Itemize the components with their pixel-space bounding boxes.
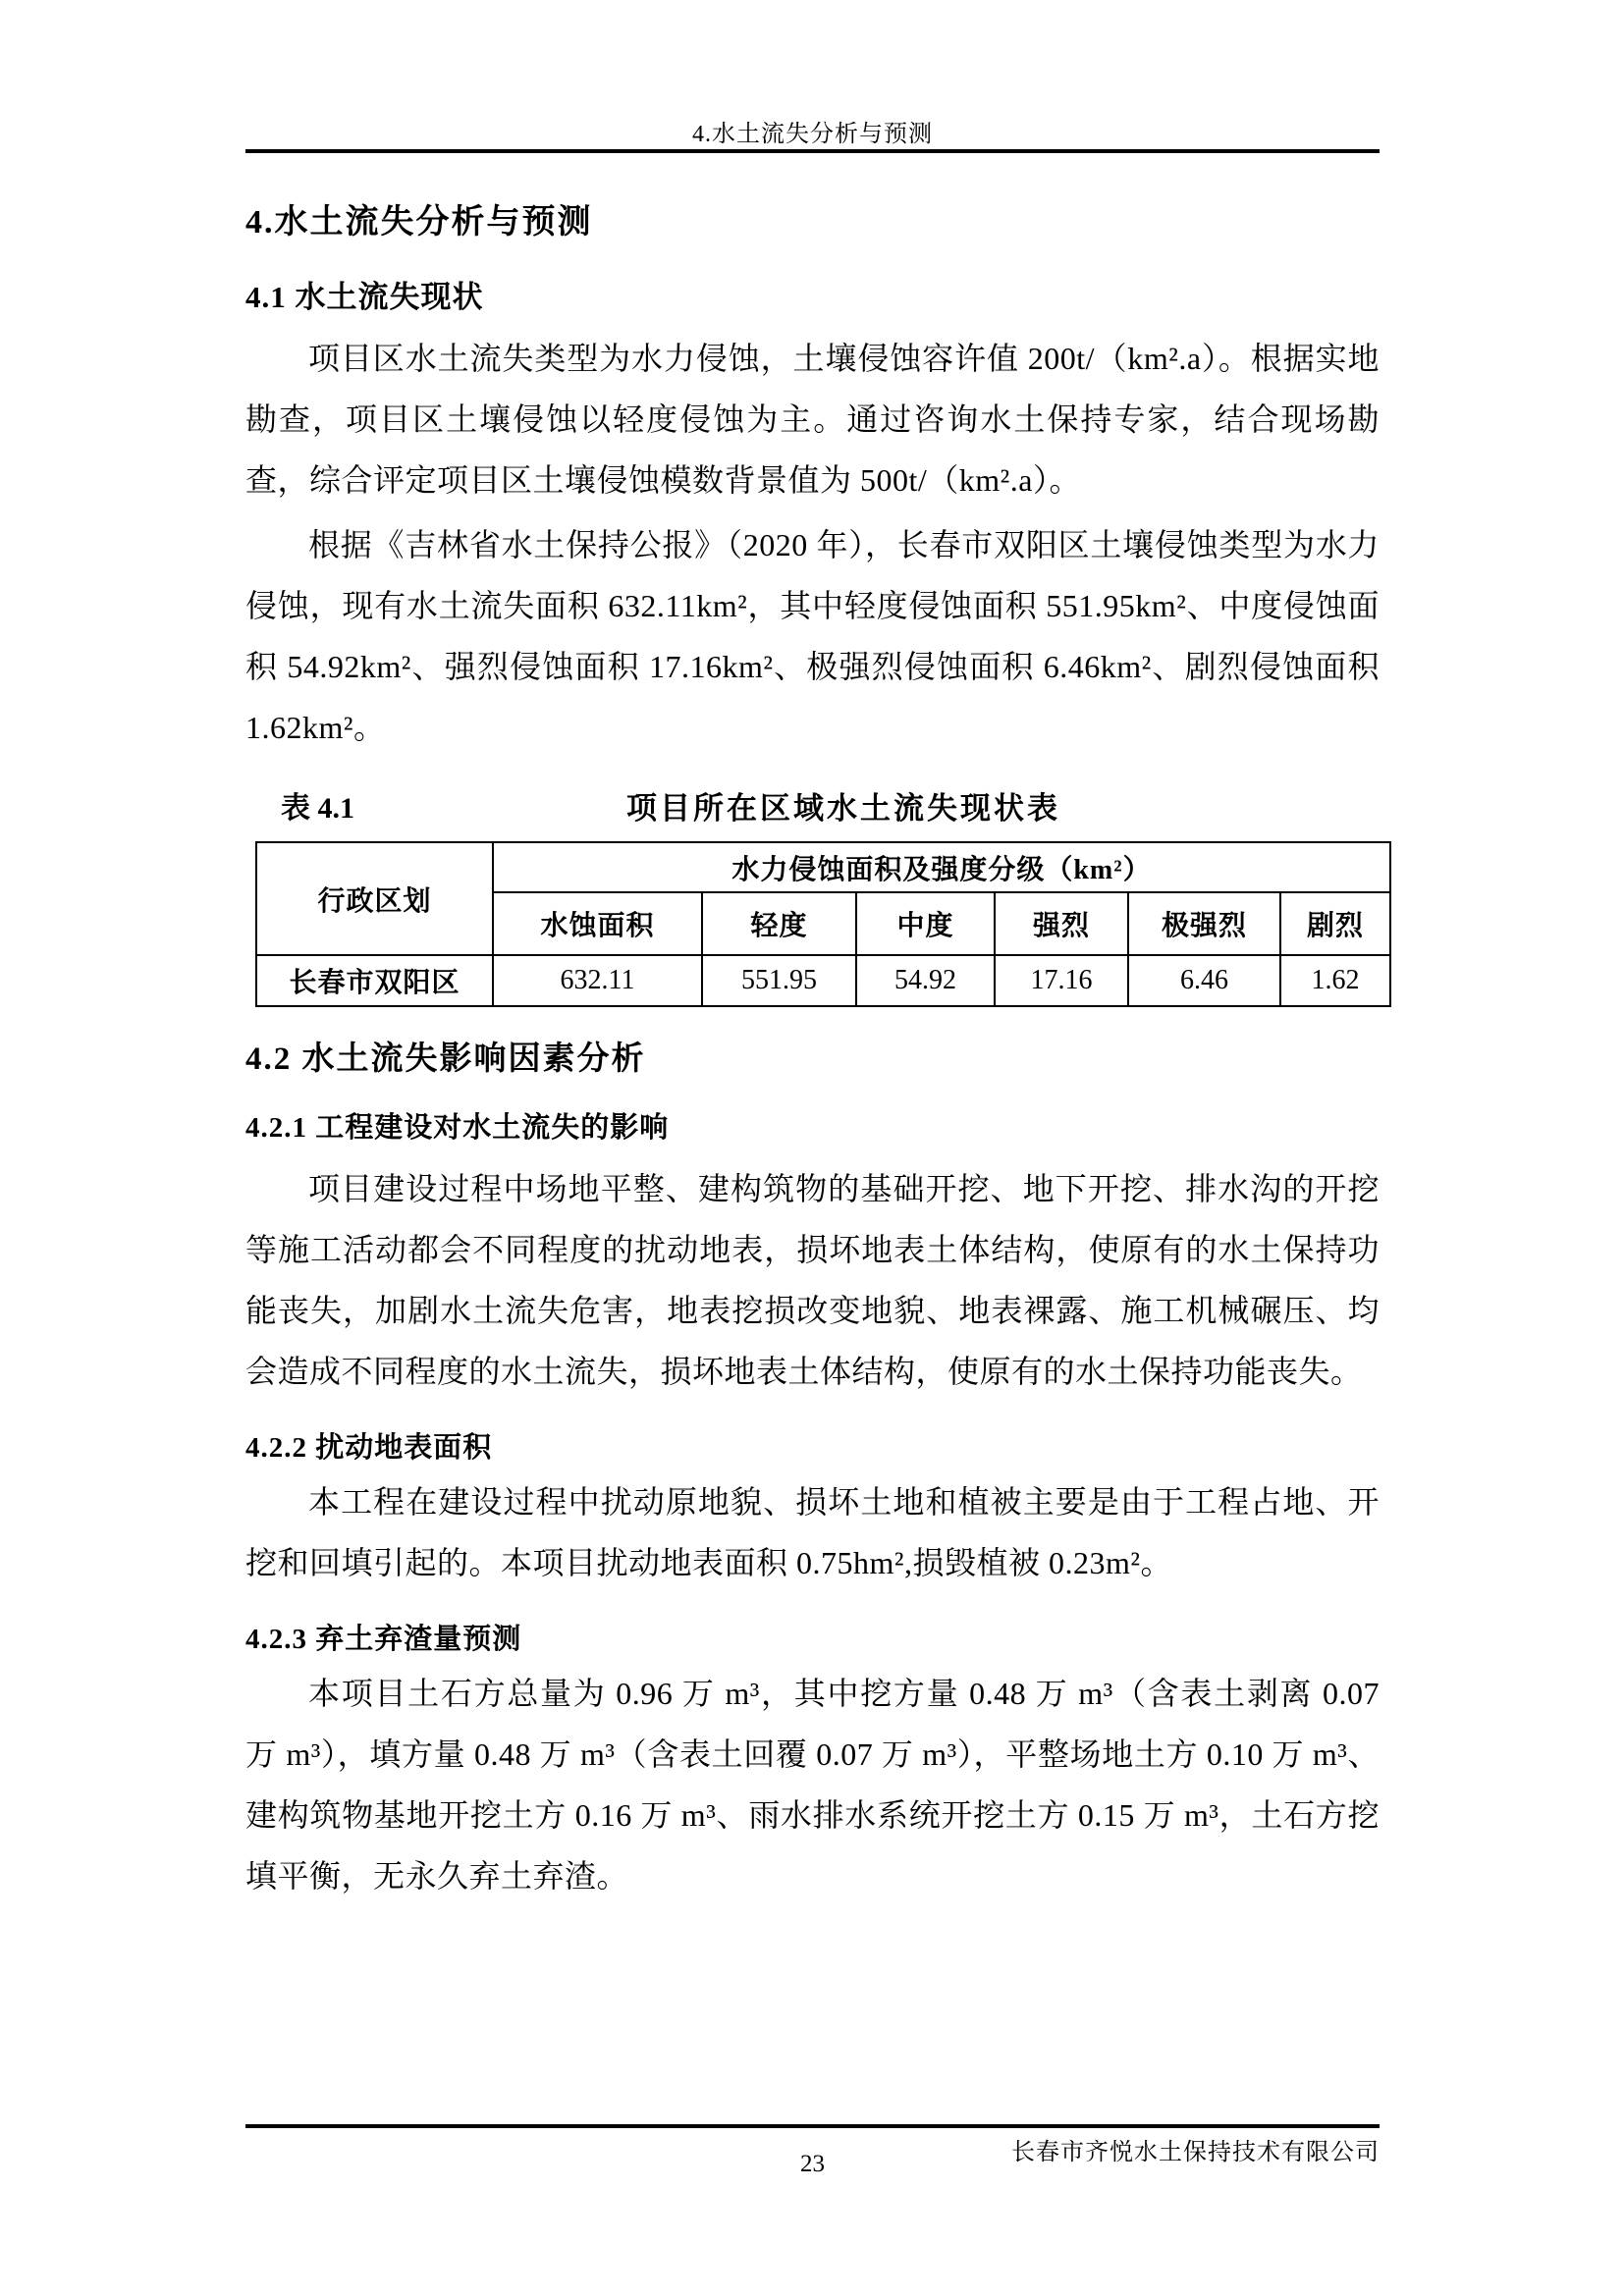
table-header-region: 行政区划 — [256, 842, 493, 955]
table-caption: 表 4.1 项目所在区域水土流失现状表 — [245, 783, 1380, 825]
table-caption-label: 表 4.1 — [281, 783, 354, 827]
cell-severe: 1.62 — [1280, 955, 1390, 1006]
cell-extremely-intense: 6.46 — [1128, 955, 1280, 1006]
table-row: 长春市双阳区 632.11 551.95 54.92 17.16 6.46 1.… — [256, 955, 1390, 1006]
table-header-span: 水力侵蚀面积及强度分级（km²） — [493, 842, 1390, 892]
table-subheader-extremely-intense: 极强烈 — [1128, 892, 1280, 955]
para-disturbed-area: 本工程在建设过程中扰动原地貌、损坏土地和植被主要是由于工程占地、开挖和回填引起的… — [245, 1471, 1380, 1593]
page-number: 23 — [245, 2151, 1380, 2178]
para-spoil-prediction: 本项目土石方总量为 0.96 万 m³，其中挖方量 0.48 万 m³（含表土剥… — [245, 1663, 1380, 1906]
chapter-heading: 4.水土流失分析与预测 — [245, 194, 1380, 242]
para-erosion-status: 项目区水土流失类型为水力侵蚀，土壤侵蚀容许值 200t/（km².a）。根据实地… — [245, 328, 1380, 510]
cell-region: 长春市双阳区 — [256, 955, 493, 1006]
cell-area-total: 632.11 — [493, 955, 702, 1006]
heading-4-2-2: 4.2.2 扰动地表面积 — [245, 1425, 1380, 1466]
header-rule — [245, 149, 1380, 153]
table-subheader-light: 轻度 — [702, 892, 856, 955]
document-page: 4.水土流失分析与预测 4.水土流失分析与预测 4.1 水土流失现状 项目区水土… — [0, 0, 1624, 2296]
table-subheader-intense: 强烈 — [995, 892, 1128, 955]
table-caption-title: 项目所在区域水土流失现状表 — [626, 783, 1060, 828]
heading-4-2-3: 4.2.3 弃土弃渣量预测 — [245, 1617, 1380, 1657]
heading-4-2: 4.2 水土流失影响因素分析 — [245, 1033, 1380, 1079]
cell-intense: 17.16 — [995, 955, 1128, 1006]
para-construction-impact: 项目建设过程中场地平整、建构筑物的基础开挖、地下开挖、排水沟的开挖等施工活动都会… — [245, 1158, 1380, 1402]
table-subheader-severe: 剧烈 — [1280, 892, 1390, 955]
table-header-row-1: 行政区划 水力侵蚀面积及强度分级（km²） — [256, 842, 1390, 892]
para-bulletin-data: 根据《吉林省水土保持公报》（2020 年），长春市双阳区土壤侵蚀类型为水力侵蚀，… — [245, 514, 1380, 758]
heading-4-1: 4.1 水土流失现状 — [245, 272, 1380, 316]
table-subheader-moderate: 中度 — [856, 892, 995, 955]
table-subheader-area: 水蚀面积 — [493, 892, 702, 955]
running-head: 4.水土流失分析与预测 — [245, 114, 1380, 148]
cell-light: 551.95 — [702, 955, 856, 1006]
table-4-1: 行政区划 水力侵蚀面积及强度分级（km²） 水蚀面积 轻度 中度 强烈 极强烈 … — [255, 841, 1391, 1007]
cell-moderate: 54.92 — [856, 955, 995, 1006]
heading-4-2-1: 4.2.1 工程建设对水土流失的影响 — [245, 1105, 1380, 1146]
footer-rule — [245, 2124, 1380, 2128]
